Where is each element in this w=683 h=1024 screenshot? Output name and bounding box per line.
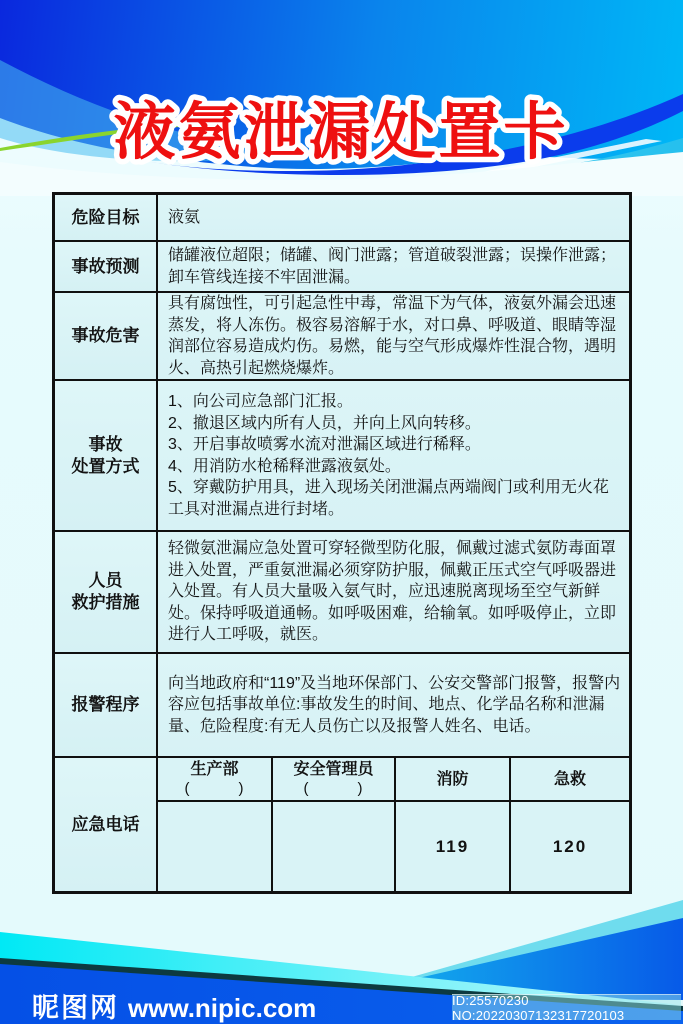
- row-content: 向当地政府和“119”及当地环保部门、公安交警部门报警，报警内容应包括事故单位:…: [158, 654, 629, 756]
- emergency-phone-value-safety-manager: [271, 802, 394, 891]
- header-text: 安全管理员: [293, 760, 373, 779]
- table-row-disposal-method: 事故 处置方式 1、向公司应急部门汇报。 2、撤退区域内所有人员，并向上风向转移…: [55, 379, 629, 530]
- row-content: 轻微氨泄漏应急处置可穿轻微型防化服，佩戴过滤式氨防毒面罩进入处置，严重氨泄漏必须…: [158, 532, 629, 652]
- header-paren: ( ): [304, 779, 364, 798]
- header-wave-graphic: 液氨泄漏处置卡: [0, 0, 683, 196]
- header-text: 急救: [554, 770, 586, 789]
- watermark-id-text: ID:25570230 NO:20220307132317720103: [452, 993, 681, 1023]
- row-label: 事故危害: [55, 293, 158, 379]
- row-label: 危险目标: [55, 195, 158, 240]
- row-label: 事故 处置方式: [55, 381, 158, 530]
- header-paren: ( ): [185, 779, 245, 798]
- table-row-emergency-phone: 应急电话 生产部 ( ) 安全管理员 ( ) 消防 急救: [55, 756, 629, 891]
- emergency-phone-value-fire: 119: [394, 802, 509, 891]
- header-text: 消防: [436, 770, 468, 789]
- emergency-col-header-safety-manager: 安全管理员 ( ): [271, 758, 394, 802]
- emergency-phone-value-ambulance: 120: [509, 802, 629, 891]
- table-row-hazard-target: 危险目标 液氨: [55, 195, 629, 240]
- emergency-phone-subtable: 生产部 ( ) 安全管理员 ( ) 消防 急救 119: [158, 758, 629, 891]
- disposal-card-table: 危险目标 液氨 事故预测 储罐液位超限；储罐、阀门泄露；管道破裂泄露；误操作泄露…: [52, 192, 632, 894]
- emergency-col-header-fire: 消防: [394, 758, 509, 802]
- emergency-col-header-production: 生产部 ( ): [158, 758, 271, 802]
- watermark-url: www.nipic.com: [128, 993, 316, 1024]
- header-text: 生产部: [190, 760, 238, 779]
- row-content: 具有腐蚀性，可引起急性中毒，常温下为气体，液氨外漏会迅速蒸发，将人冻伤。极容易溶…: [158, 293, 629, 379]
- table-row-alarm-procedure: 报警程序 向当地政府和“119”及当地环保部门、公安交警部门报警，报警内容应包括…: [55, 652, 629, 756]
- header-banner: 液氨泄漏处置卡: [0, 0, 683, 196]
- watermark-id-badge: ID:25570230 NO:20220307132317720103: [452, 994, 681, 1020]
- row-content: 液氨: [158, 195, 629, 240]
- table-row-accident-harm: 事故危害 具有腐蚀性，可引起急性中毒，常温下为气体，液氨外漏会迅速蒸发，将人冻伤…: [55, 291, 629, 379]
- row-label: 应急电话: [55, 758, 158, 891]
- row-label: 人员 救护措施: [55, 532, 158, 652]
- page-title: 液氨泄漏处置卡: [113, 98, 568, 167]
- watermark-logo: 昵图网: [32, 986, 119, 1024]
- table-row-accident-prediction: 事故预测 储罐液位超限；储罐、阀门泄露；管道破裂泄露；误操作泄露；卸车管线连接不…: [55, 240, 629, 291]
- row-label: 事故预测: [55, 242, 158, 291]
- row-content: 1、向公司应急部门汇报。 2、撤退区域内所有人员，并向上风向转移。 3、开启事故…: [158, 381, 629, 530]
- row-label: 报警程序: [55, 654, 158, 756]
- watermark: 昵图网 www.nipic.com: [32, 986, 316, 1024]
- table-row-rescue-measures: 人员 救护措施 轻微氨泄漏应急处置可穿轻微型防化服，佩戴过滤式氨防毒面罩进入处置…: [55, 530, 629, 652]
- row-content: 储罐液位超限；储罐、阀门泄露；管道破裂泄露；误操作泄露；卸车管线连接不牢固泄漏。: [158, 242, 629, 291]
- emergency-phone-value-production: [158, 802, 271, 891]
- ammonia-leak-card-poster: 液氨泄漏处置卡 危险目标 液氨 事故预测 储罐液位超限；储罐、阀门泄露；管道破裂…: [0, 0, 683, 1024]
- emergency-col-header-ambulance: 急救: [509, 758, 629, 802]
